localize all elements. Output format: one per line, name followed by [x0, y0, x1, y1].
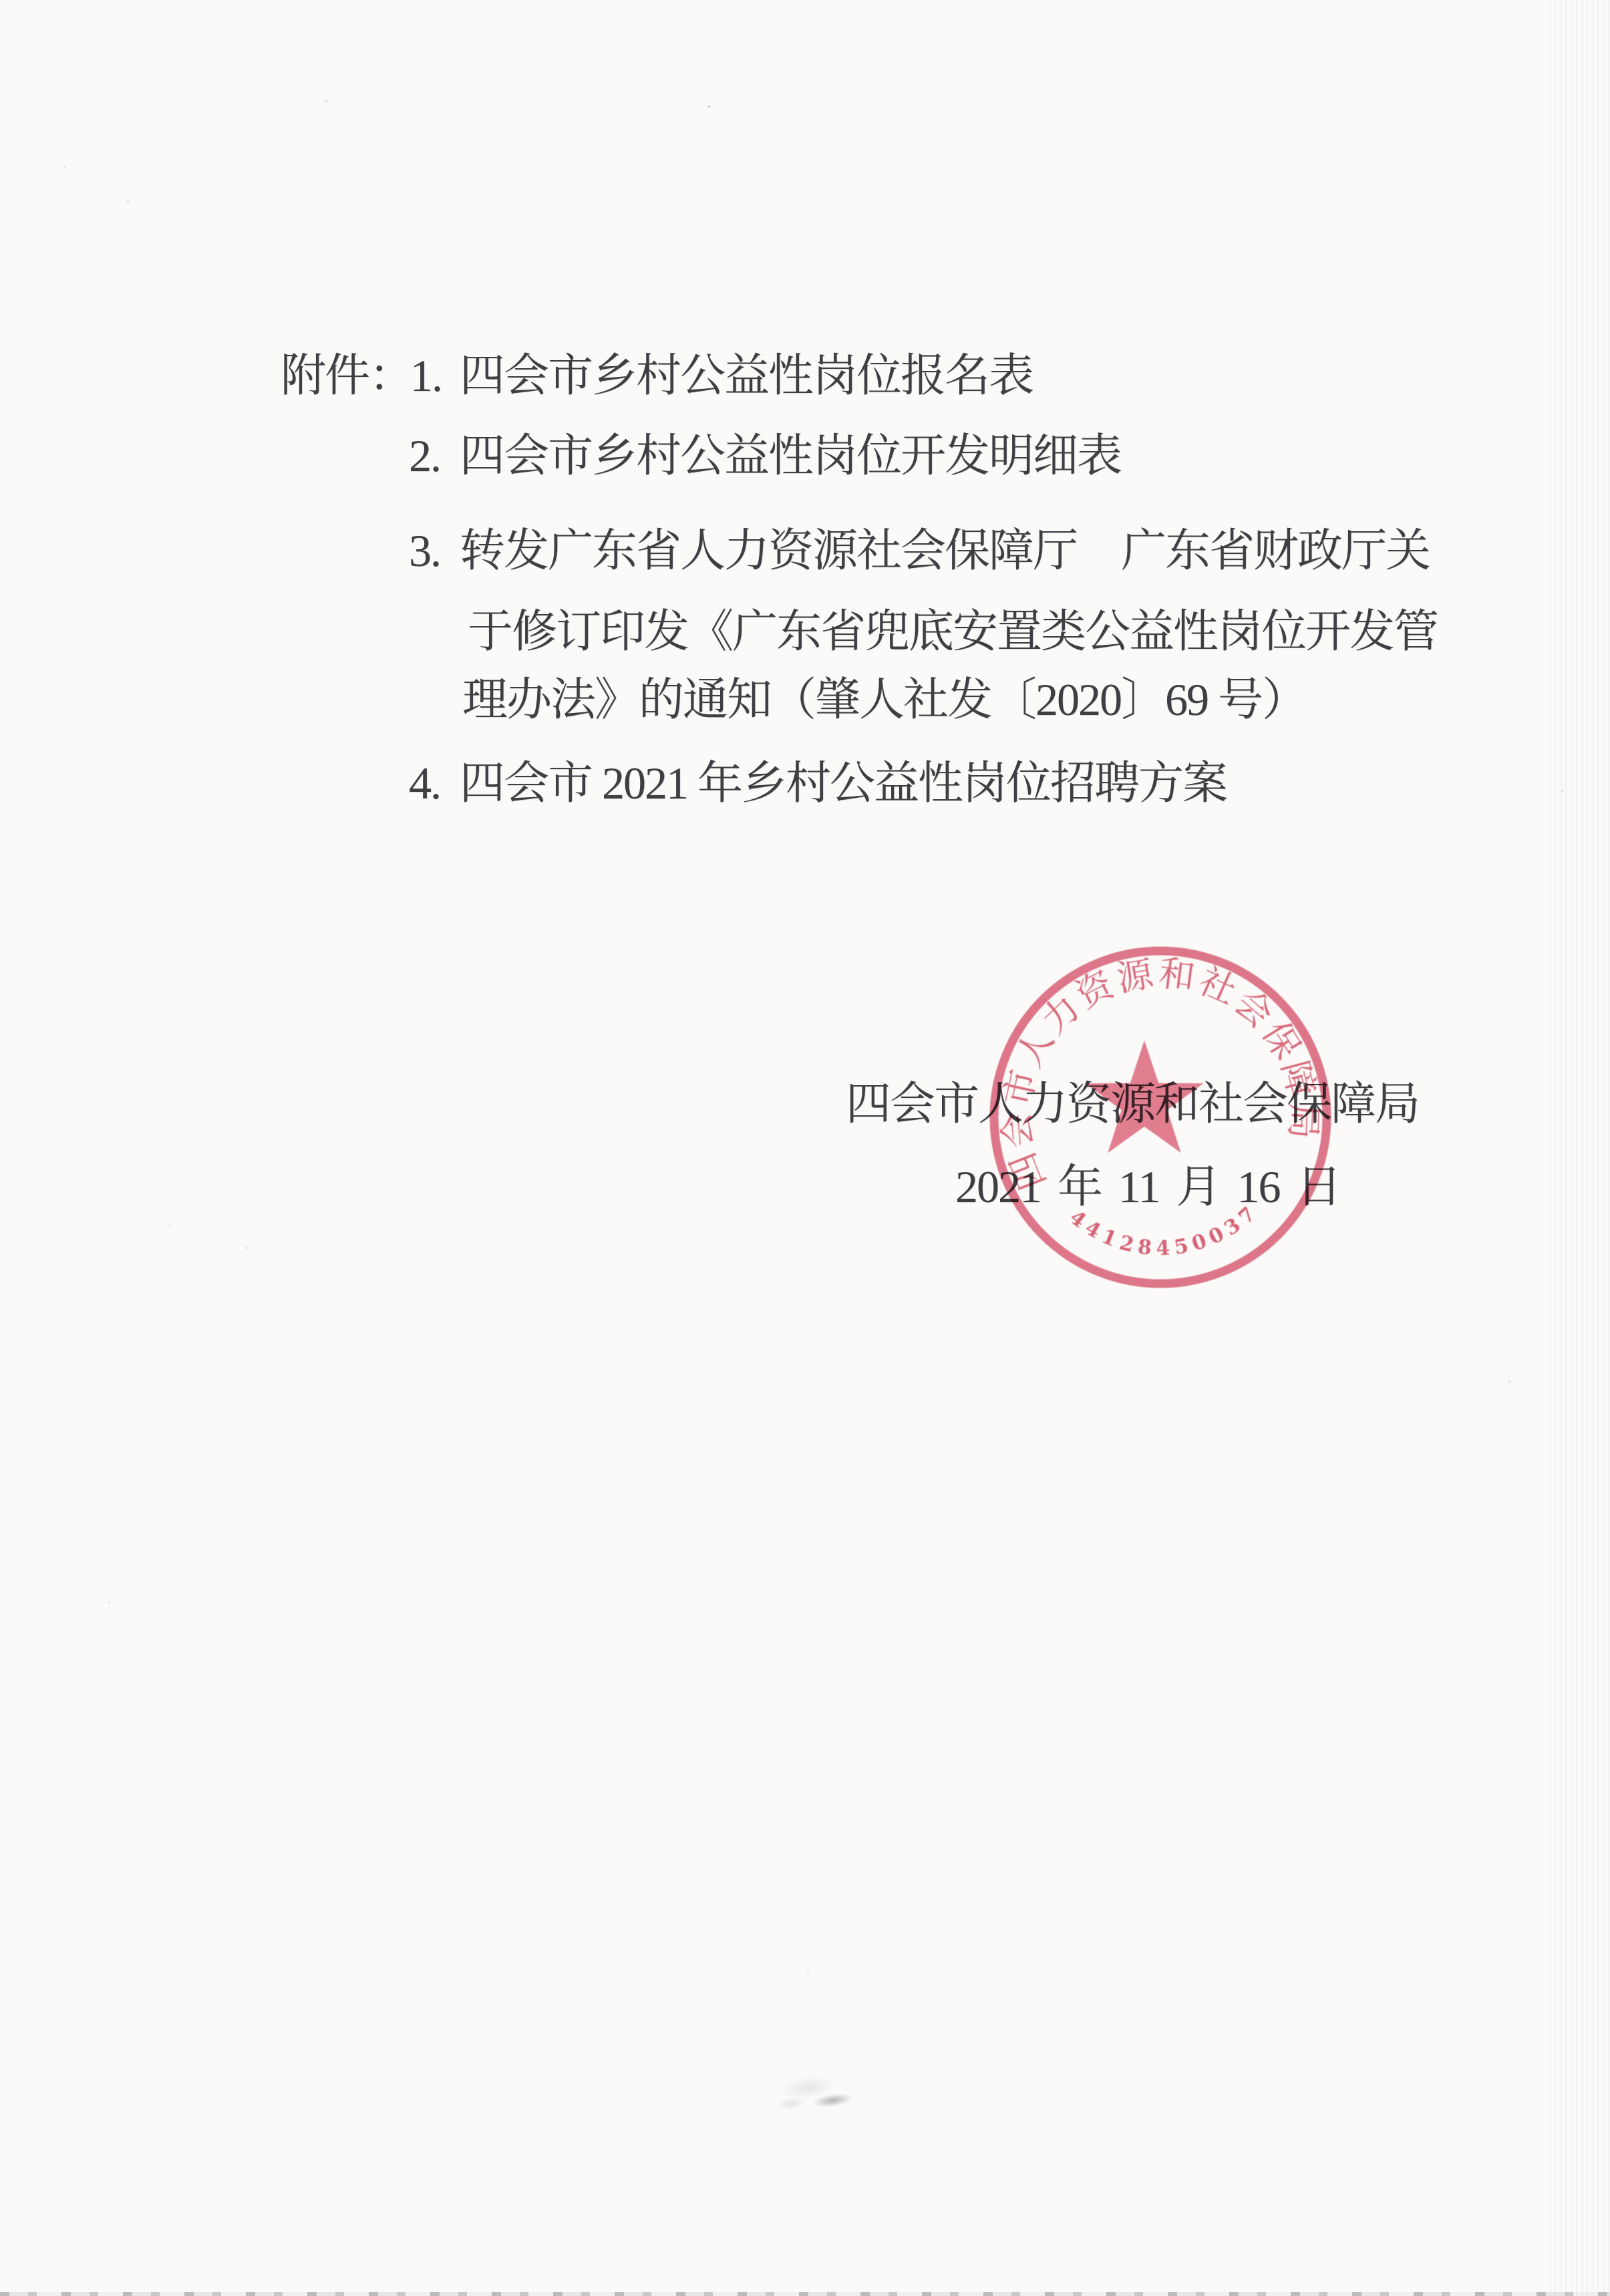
document-page: 附件： 1. 四会市乡村公益性岗位报名表 2. 四会市乡村公益性岗位开发明细表 …: [0, 0, 1610, 2296]
attachment-2-text: 四会市乡村公益性岗位开发明细表: [460, 433, 1121, 478]
signature-date: 2021 年 11 月 16 日: [955, 1164, 1340, 1209]
attachment-1-number: 1.: [410, 353, 442, 398]
seal-arc-text: 四会市人力资源和社会保障局: [996, 953, 1323, 1195]
attachment-3-text-line-1: 转发广东省人力资源社会保障厅 广东省财政厅关: [460, 528, 1430, 573]
signature-organization: 四会市人力资源和社会保障局: [846, 1081, 1419, 1127]
attachment-2-number: 2.: [409, 433, 440, 478]
attachment-1-text: 四会市乡村公益性岗位报名表: [460, 353, 1033, 398]
svg-text:四会市人力资源和社会保障局: 四会市人力资源和社会保障局: [996, 953, 1323, 1195]
scan-smudge: [751, 2053, 879, 2136]
attachment-3-text-line-2: 于修订印发《广东省兜底安置类公益性岗位开发管: [468, 609, 1438, 654]
attachments-label: 附件：: [281, 353, 413, 398]
scan-specks: [0, 0, 2, 2]
scan-edge-right: [1550, 0, 1610, 2296]
scan-edge-bottom: [0, 2292, 1610, 2296]
attachment-3-text-line-3: 理办法》的通知（肇人社发〔2020〕69 号）: [462, 677, 1306, 722]
attachment-4-number: 4.: [409, 760, 440, 806]
attachment-3-number: 3.: [409, 528, 440, 573]
attachment-4-text: 四会市 2021 年乡村公益性岗位招聘方案: [460, 760, 1227, 806]
